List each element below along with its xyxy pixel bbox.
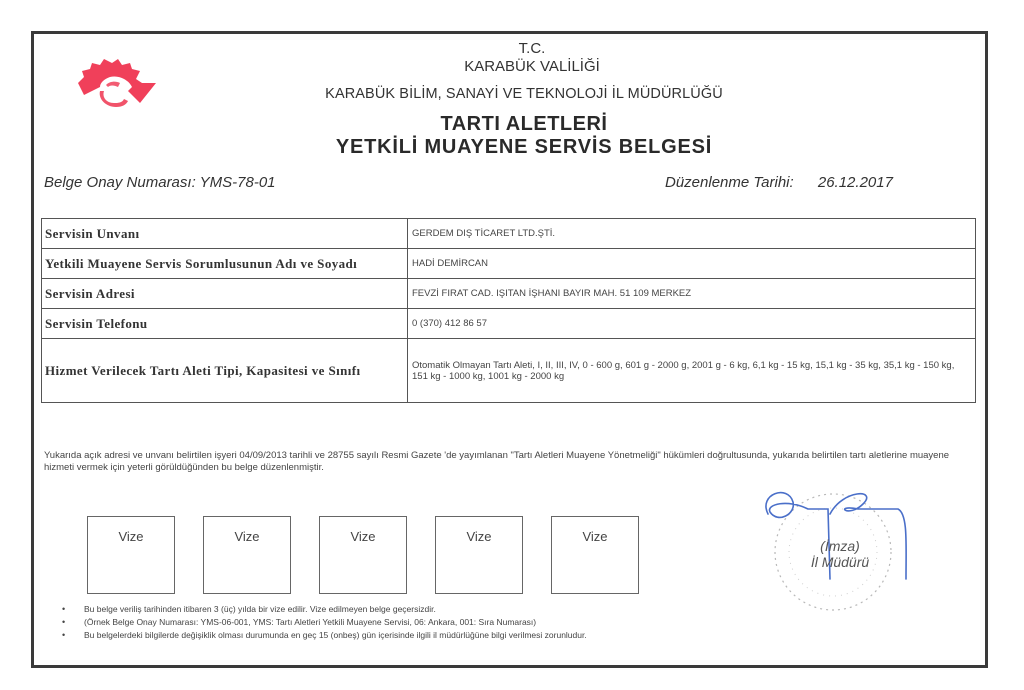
- service-info-table: Servisin Unvanı GERDEM DIŞ TİCARET LTD.Ş…: [41, 218, 976, 403]
- header-tc: T.C.: [20, 40, 1024, 57]
- vize-box-4: Vize: [435, 516, 523, 594]
- note-item: Bu belge veriliş tarihinden itibaren 3 (…: [62, 603, 587, 616]
- approval-number-value: YMS-78-01: [200, 174, 276, 191]
- row-label-phone: Servisin Telefonu: [42, 309, 408, 339]
- issue-date: Düzenlenme Tarihi: 26.12.2017: [665, 174, 893, 191]
- row-value-phone: 0 (370) 412 86 57: [408, 309, 976, 339]
- row-label-address: Servisin Adresi: [42, 279, 408, 309]
- row-value-service-title: GERDEM DIŞ TİCARET LTD.ŞTİ.: [408, 219, 976, 249]
- row-value-instrument-scope: Otomatik Olmayan Tartı Aleti, I, II, III…: [408, 339, 976, 403]
- table-row: Yetkili Muayene Servis Sorumlusunun Adı …: [42, 249, 976, 279]
- notes-list: Bu belge veriliş tarihinden itibaren 3 (…: [62, 603, 587, 642]
- vize-box-1: Vize: [87, 516, 175, 594]
- vize-label: Vize: [204, 529, 290, 544]
- header-governorship: KARABÜK VALİLİĞİ: [20, 58, 1024, 75]
- row-label-responsible-person: Yetkili Muayene Servis Sorumlusunun Adı …: [42, 249, 408, 279]
- row-label-service-title: Servisin Unvanı: [42, 219, 408, 249]
- note-item: Bu belgelerdeki bilgilerde değişiklik ol…: [62, 629, 587, 642]
- vize-box-5: Vize: [551, 516, 639, 594]
- row-value-responsible-person: HADİ DEMİRCAN: [408, 249, 976, 279]
- vize-label: Vize: [436, 529, 522, 544]
- issue-date-value: 26.12.2017: [818, 174, 893, 191]
- note-item: (Örnek Belge Onay Numarası: YMS-06-001, …: [62, 616, 587, 629]
- row-label-instrument-scope: Hizmet Verilecek Tartı Aleti Tipi, Kapas…: [42, 339, 408, 403]
- certification-paragraph: Yukarıda açık adresi ve unvanı belirtile…: [44, 450, 974, 474]
- approval-number-label: Belge Onay Numarası:: [44, 174, 196, 191]
- vize-box-3: Vize: [319, 516, 407, 594]
- issue-date-label: Düzenlenme Tarihi:: [665, 174, 794, 191]
- row-value-address: FEVZİ FIRAT CAD. IŞITAN İŞHANI BAYIR MAH…: [408, 279, 976, 309]
- vize-label: Vize: [88, 529, 174, 544]
- header-directorate: KARABÜK BİLİM, SANAYİ VE TEKNOLOJİ İL MÜ…: [12, 86, 1024, 102]
- approval-number: Belge Onay Numarası: YMS-78-01: [44, 174, 276, 191]
- table-row: Hizmet Verilecek Tartı Aleti Tipi, Kapas…: [42, 339, 976, 403]
- table-row: Servisin Unvanı GERDEM DIŞ TİCARET LTD.Ş…: [42, 219, 976, 249]
- document-title-line2: YETKİLİ MUAYENE SERVİS BELGESİ: [12, 136, 1024, 159]
- signatory-title: İl Müdürü: [800, 554, 880, 570]
- table-row: Servisin Telefonu 0 (370) 412 86 57: [42, 309, 976, 339]
- signature-block: (İmza) İl Müdürü: [800, 538, 880, 570]
- document-title-line1: TARTI ALETLERİ: [12, 113, 1024, 136]
- vize-label: Vize: [320, 529, 406, 544]
- vize-label: Vize: [552, 529, 638, 544]
- table-row: Servisin Adresi FEVZİ FIRAT CAD. IŞITAN …: [42, 279, 976, 309]
- signature-label: (İmza): [800, 538, 880, 554]
- vize-box-2: Vize: [203, 516, 291, 594]
